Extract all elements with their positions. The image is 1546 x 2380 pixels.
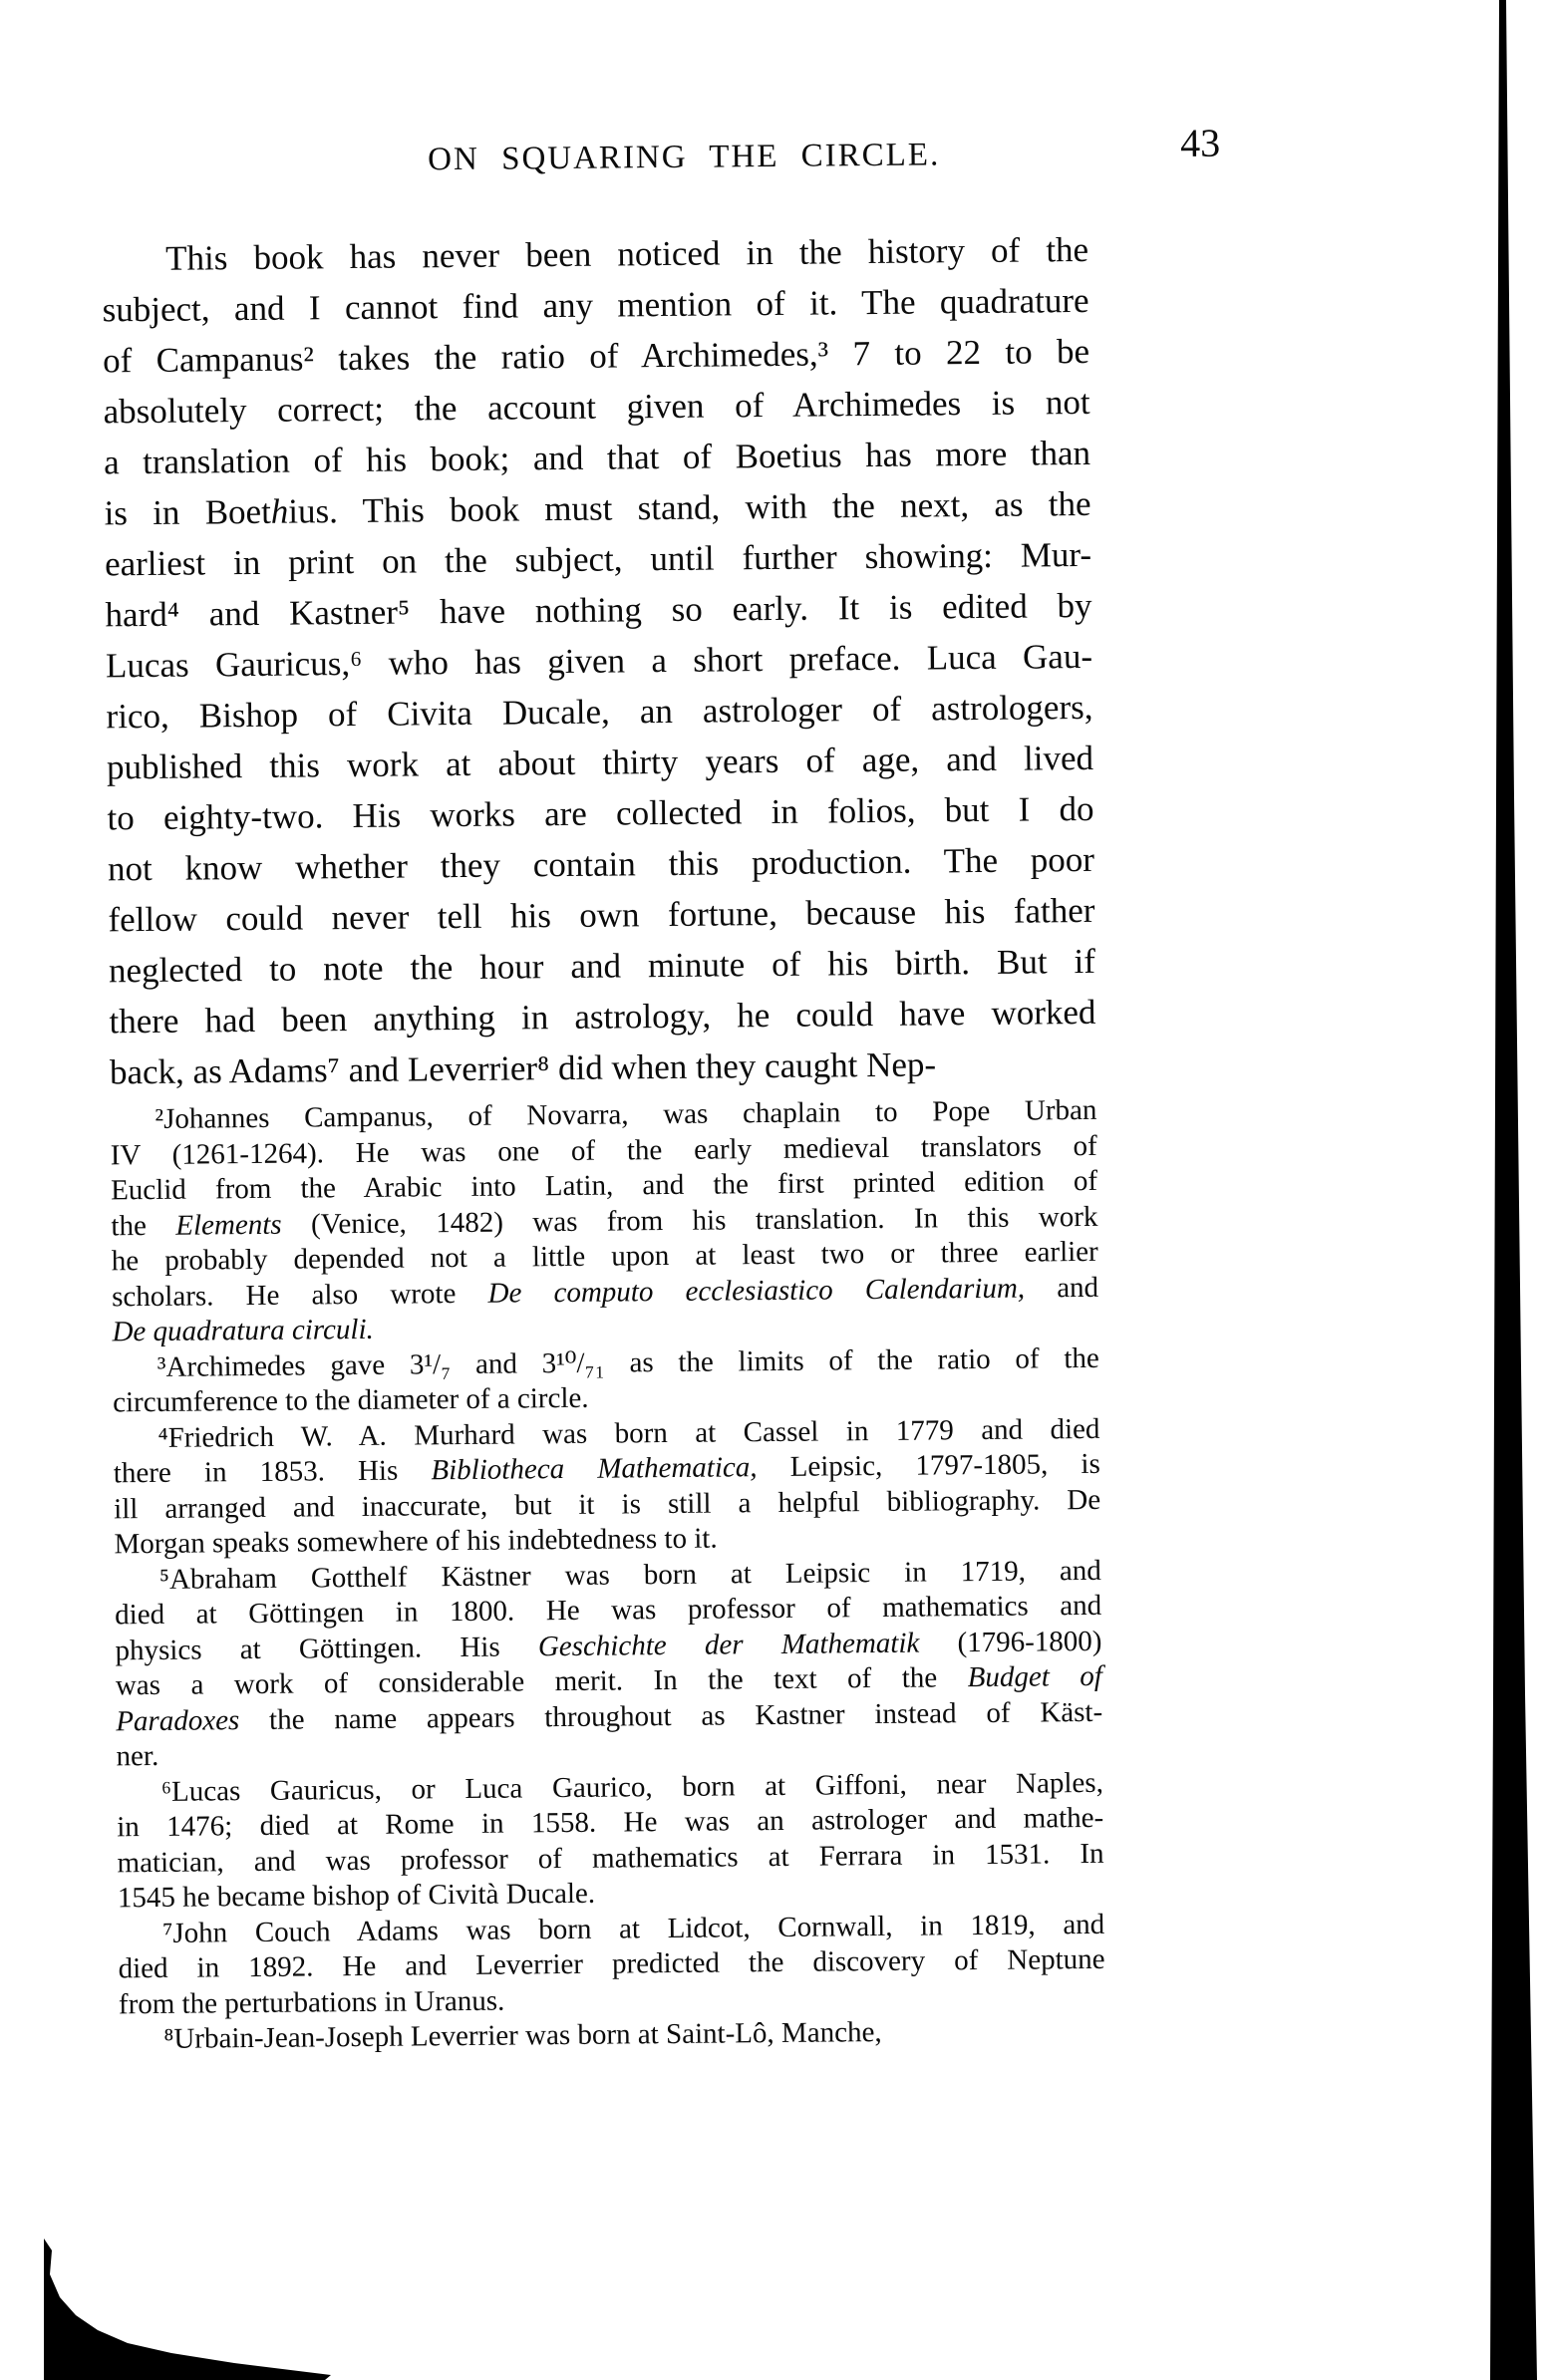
footnote-2: ²Johannes Campanus, of Novarra, was chap… xyxy=(110,1093,1098,1350)
scanned-book-page: ON SQUARING THE CIRCLE. 43 This book has… xyxy=(0,0,1546,2380)
text-line: absolutely correct; the account given of… xyxy=(103,377,1089,438)
footnote-4: ⁴Friedrich W. A. Murhard was born at Cas… xyxy=(113,1411,1100,1562)
text-line: published this work at about thirty year… xyxy=(107,733,1093,793)
page-number: 43 xyxy=(1180,120,1220,166)
main-paragraph: This book has never been noticed in the … xyxy=(102,224,1096,1097)
text-line: back, as Adams⁷ and Leverrier⁸ did when … xyxy=(110,1038,1096,1098)
page-content: ON SQUARING THE CIRCLE. 43 This book has… xyxy=(0,0,1546,2380)
footnote-7: ⁷John Couch Adams was born at Lidcot, Co… xyxy=(118,1907,1105,2022)
footnote-6: ⁶Lucas Gauricus, or Luca Gaurico, born a… xyxy=(117,1765,1104,1916)
text-line: there had been anything in astrology, he… xyxy=(109,987,1095,1047)
footnote-5: ⁵Abraham Gotthelf Kästner was born at Le… xyxy=(115,1553,1103,1774)
footnotes-section: ²Johannes Campanus, of Novarra, was chap… xyxy=(110,1093,1105,2058)
text-line: to eighty-two. His works are collected i… xyxy=(107,783,1093,844)
running-header: ON SQUARING THE CIRCLE. xyxy=(428,137,940,178)
text-line: a translation of his book; and that of B… xyxy=(104,428,1090,488)
footnote-3: ³Archimedes gave 3¹/₇ and 3¹⁰/₇₁ as the … xyxy=(113,1340,1100,1420)
